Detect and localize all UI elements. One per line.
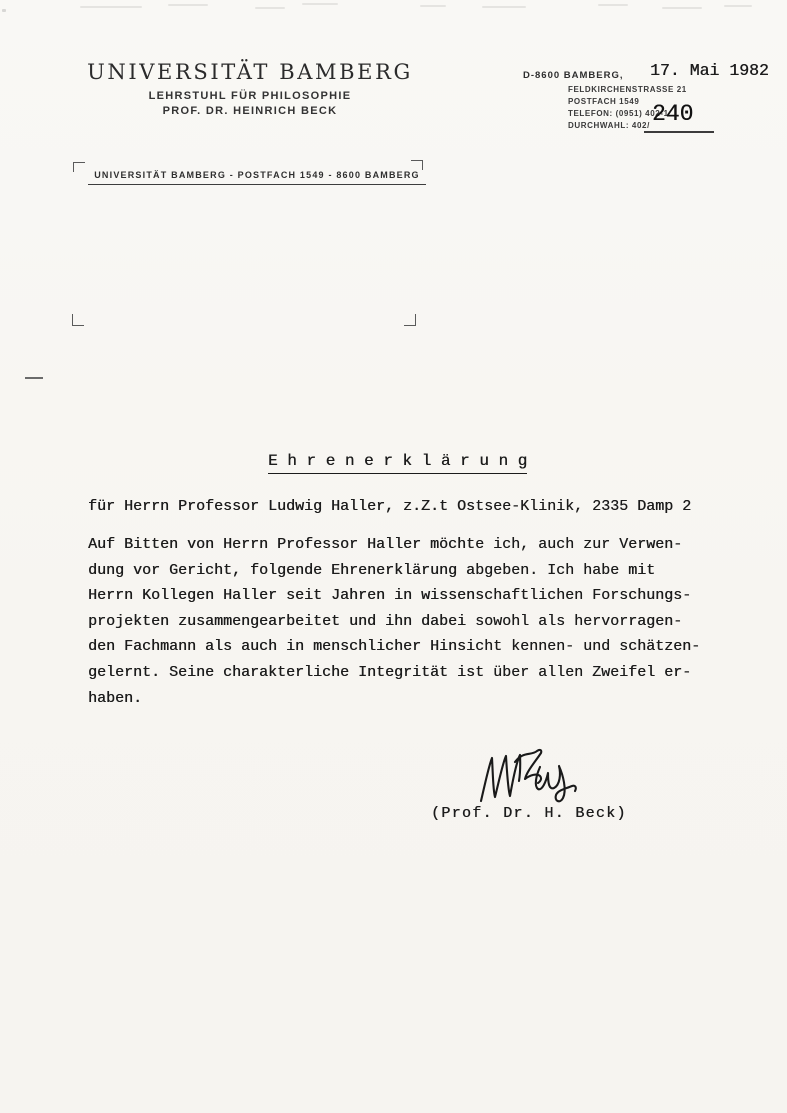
extension-label: DURCHWAHL: 402/ <box>568 121 650 130</box>
scan-artifact <box>598 4 628 6</box>
city-line: D-8600 BAMBERG, <box>523 70 624 81</box>
extension-number: 240 <box>652 101 693 127</box>
signature-scribble <box>474 746 592 810</box>
scan-artifact <box>168 4 208 6</box>
body-line: dung vor Gericht, folgende Ehrenerklärun… <box>88 558 700 584</box>
scan-artifact <box>662 7 702 9</box>
scan-artifact <box>420 5 446 7</box>
letter-date: 17. Mai 1982 <box>650 61 769 80</box>
scan-artifact <box>724 5 752 7</box>
signature-name: (Prof. Dr. H. Beck) <box>431 805 627 822</box>
return-address-line: UNIVERSITÄT BAMBERG - POSTFACH 1549 - 86… <box>88 170 426 185</box>
body-line: Herrn Kollegen Haller seit Jahren in wis… <box>88 583 700 609</box>
window-corner-bottom-left <box>72 314 84 326</box>
scan-artifact <box>302 3 338 5</box>
letterhead: UNIVERSITÄT BAMBERG LEHRSTUHL FÜR PHILOS… <box>83 60 417 117</box>
body-line: haben. <box>88 686 700 712</box>
fold-mark <box>25 377 43 379</box>
street-line: FELDKIRCHENSTRASSE 21 <box>568 85 687 94</box>
window-corner-top-left <box>73 162 85 172</box>
window-corner-bottom-right <box>404 314 416 326</box>
letter-title: E h r e n e r k l ä r u n g <box>268 452 527 474</box>
extension-underline <box>644 131 714 133</box>
window-corner-top-right <box>411 160 423 170</box>
scan-artifact <box>80 6 142 8</box>
body-line: gelernt. Seine charakterliche Integrität… <box>88 660 700 686</box>
scan-artifact <box>482 6 526 8</box>
scan-artifact <box>2 9 6 12</box>
chair-name: LEHRSTUHL FÜR PHILOSOPHIE <box>83 90 417 102</box>
body-line: den Fachmann als auch in menschlicher Hi… <box>88 634 700 660</box>
scanned-letter-page: UNIVERSITÄT BAMBERG LEHRSTUHL FÜR PHILOS… <box>0 0 787 1113</box>
letter-body: Auf Bitten von Herrn Professor Haller mö… <box>88 532 700 711</box>
professor-name: PROF. DR. HEINRICH BECK <box>83 105 417 117</box>
university-name: UNIVERSITÄT BAMBERG <box>83 60 417 84</box>
body-line: Auf Bitten von Herrn Professor Haller mö… <box>88 532 700 558</box>
recipient-line: für Herrn Professor Ludwig Haller, z.Z.t… <box>88 498 691 515</box>
postbox-line: POSTFACH 1549 <box>568 97 639 106</box>
body-line: projekten zusammengearbeitet und ihn dab… <box>88 609 700 635</box>
scan-artifact <box>255 7 285 9</box>
